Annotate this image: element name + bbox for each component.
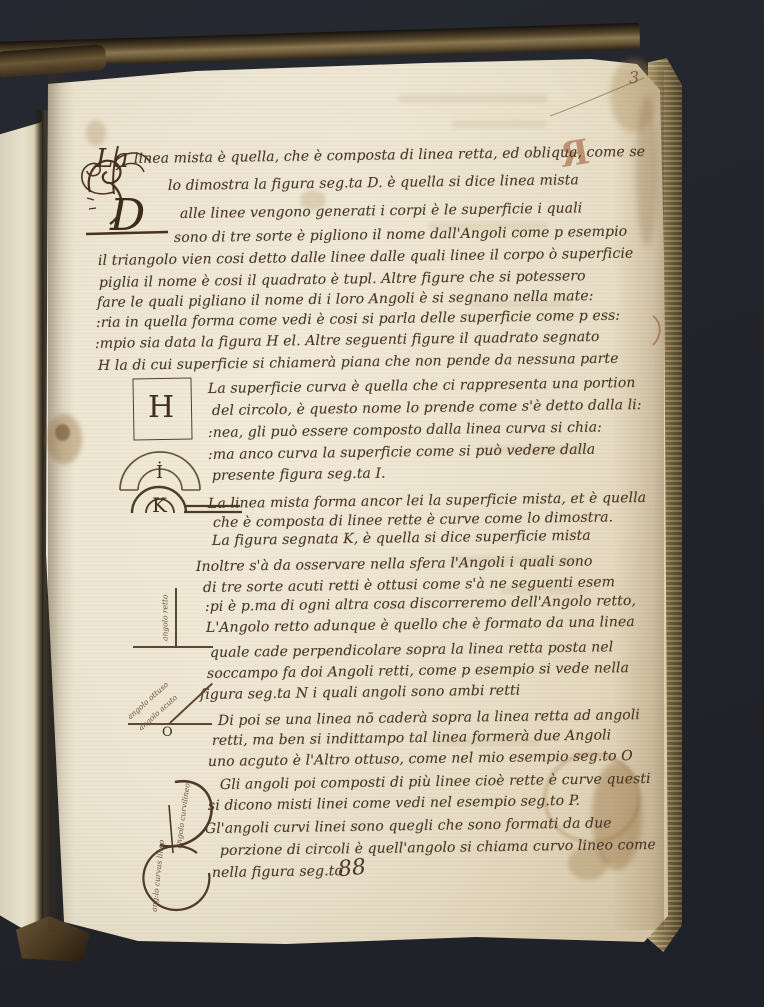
figure-n-vertical-line <box>175 588 177 648</box>
figure-h-letter: H <box>148 390 174 425</box>
figure-k-letter: K <box>152 493 167 517</box>
figure-o-letter: O <box>162 725 173 740</box>
figure-qq-flourish-mark: 88 <box>337 855 367 883</box>
page-gutter-shading <box>48 66 74 932</box>
folio-flourish <box>548 74 648 119</box>
figure-k-arch <box>128 482 248 518</box>
figure-n-label-angolo-retto: angolo retto <box>161 587 169 649</box>
text-line: nella figura seg.to <box>212 864 343 881</box>
photograph-backdrop: R 3 La D linea mista è quella, che è com… <box>0 0 764 1007</box>
initial-d: D <box>110 194 145 238</box>
showthrough-blur <box>452 120 547 128</box>
figure-i-letter: İ <box>156 462 163 483</box>
figure-n-horizontal-line <box>133 646 213 648</box>
edge-ink-curl <box>650 314 664 348</box>
showthrough-blur <box>398 94 548 103</box>
